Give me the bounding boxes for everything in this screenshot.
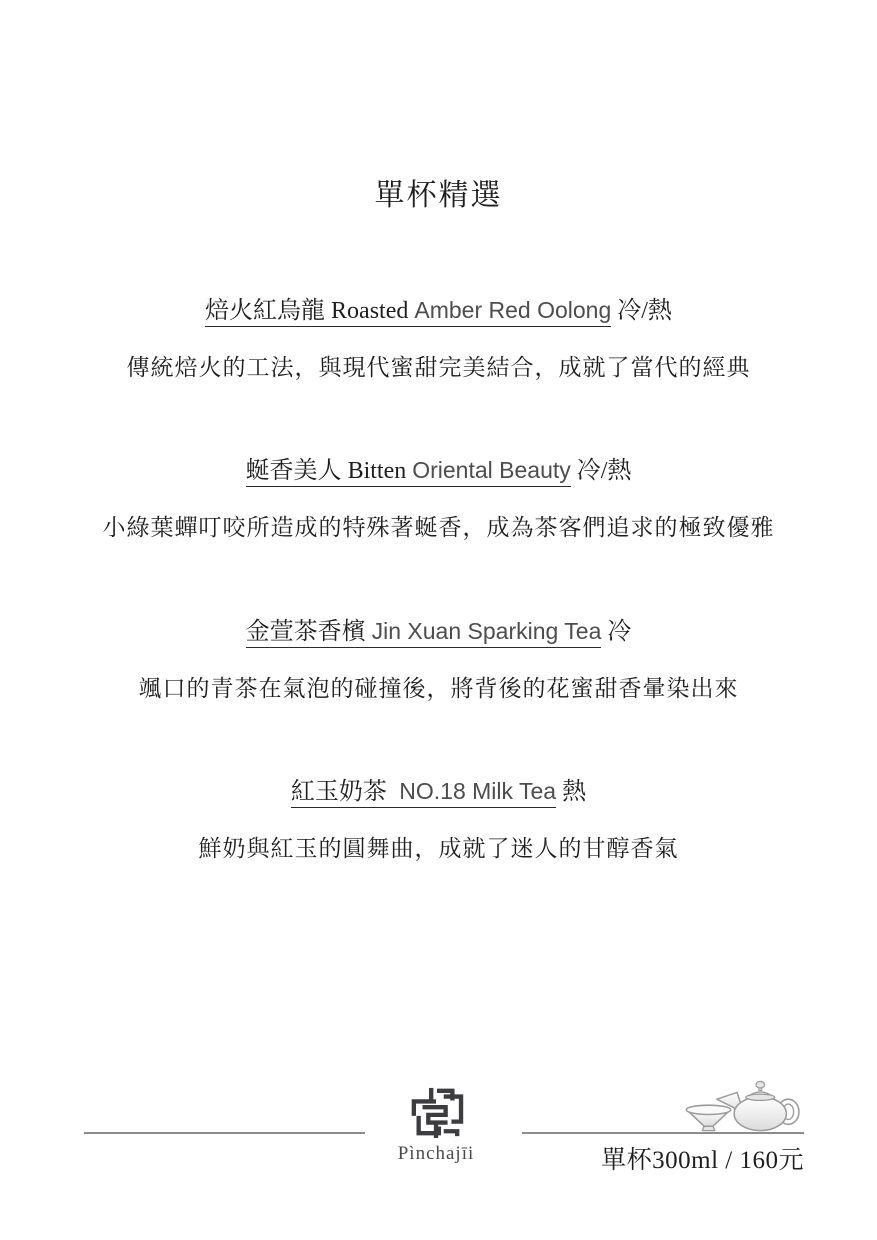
menu-item-name-en: Bitten <box>348 458 407 484</box>
menu-item-name: 蜒香美人 Bitten Oriental Beauty <box>246 458 571 487</box>
menu-item-name-en-light: Amber Red Oolong <box>414 297 611 323</box>
menu-item-description: 傳統焙火的工法，與現代蜜甜完美結合，成就了當代的經典 <box>0 349 877 382</box>
menu-item-name-zh: 金萱茶香檳 <box>246 619 366 645</box>
pinchaji-seal-logo-icon <box>407 1086 465 1138</box>
menu-item-name-zh: 紅玉奶茶 <box>291 779 387 805</box>
footer-rule-left <box>84 1132 365 1134</box>
menu-item-name-en-light: Oriental Beauty <box>412 457 571 483</box>
menu-item-title: 焙火紅烏龍 Roasted Amber Red Oolong 冷/熱 <box>0 297 877 325</box>
menu-item-name: 金萱茶香檳 Jin Xuan Sparking Tea <box>246 619 602 648</box>
menu-item-title: 紅玉奶茶 NO.18 Milk Tea 熱 <box>0 778 877 806</box>
menu-item-name: 焙火紅烏龍 Roasted Amber Red Oolong <box>205 298 611 327</box>
menu-page: 單杯精選 焙火紅烏龍 Roasted Amber Red Oolong 冷/熱 … <box>0 0 877 1240</box>
menu-item-name-en: Roasted <box>331 298 408 324</box>
menu-item-description: 鮮奶與紅玉的圓舞曲，成就了迷人的甘醇香氣 <box>0 830 877 863</box>
brand-name: Pìnchajīi <box>356 1143 516 1165</box>
menu-item-title: 蜒香美人 Bitten Oriental Beauty 冷/熱 <box>0 457 877 485</box>
menu-item-name-zh: 焙火紅烏龍 <box>205 298 325 324</box>
menu-item-description: 颯口的青茶在氣泡的碰撞後，將背後的花蜜甜香暈染出來 <box>0 670 877 703</box>
price-note: 單杯300ml / 160元 <box>520 1140 804 1176</box>
teapot-and-cup-icon <box>676 1076 802 1134</box>
menu-item-temperature: 冷/熱 <box>617 298 672 324</box>
menu-item-temperature: 熱 <box>562 779 586 805</box>
menu-item-title: 金萱茶香檳 Jin Xuan Sparking Tea 冷 <box>0 618 877 646</box>
menu-item-name-zh: 蜒香美人 <box>246 458 342 484</box>
menu-item-temperature: 冷/熱 <box>577 458 632 484</box>
menu-item-temperature: 冷 <box>607 619 631 645</box>
menu-item-name-en-light: NO.18 Milk Tea <box>393 778 556 804</box>
menu-item-name: 紅玉奶茶 NO.18 Milk Tea <box>291 779 556 808</box>
menu-item-name-en-light: Jin Xuan Sparking Tea <box>372 618 602 644</box>
page-title: 單杯精選 <box>0 170 877 214</box>
menu-item-description: 小綠葉蟬叮咬所造成的特殊著蜒香，成為茶客們追求的極致優雅 <box>0 509 877 542</box>
